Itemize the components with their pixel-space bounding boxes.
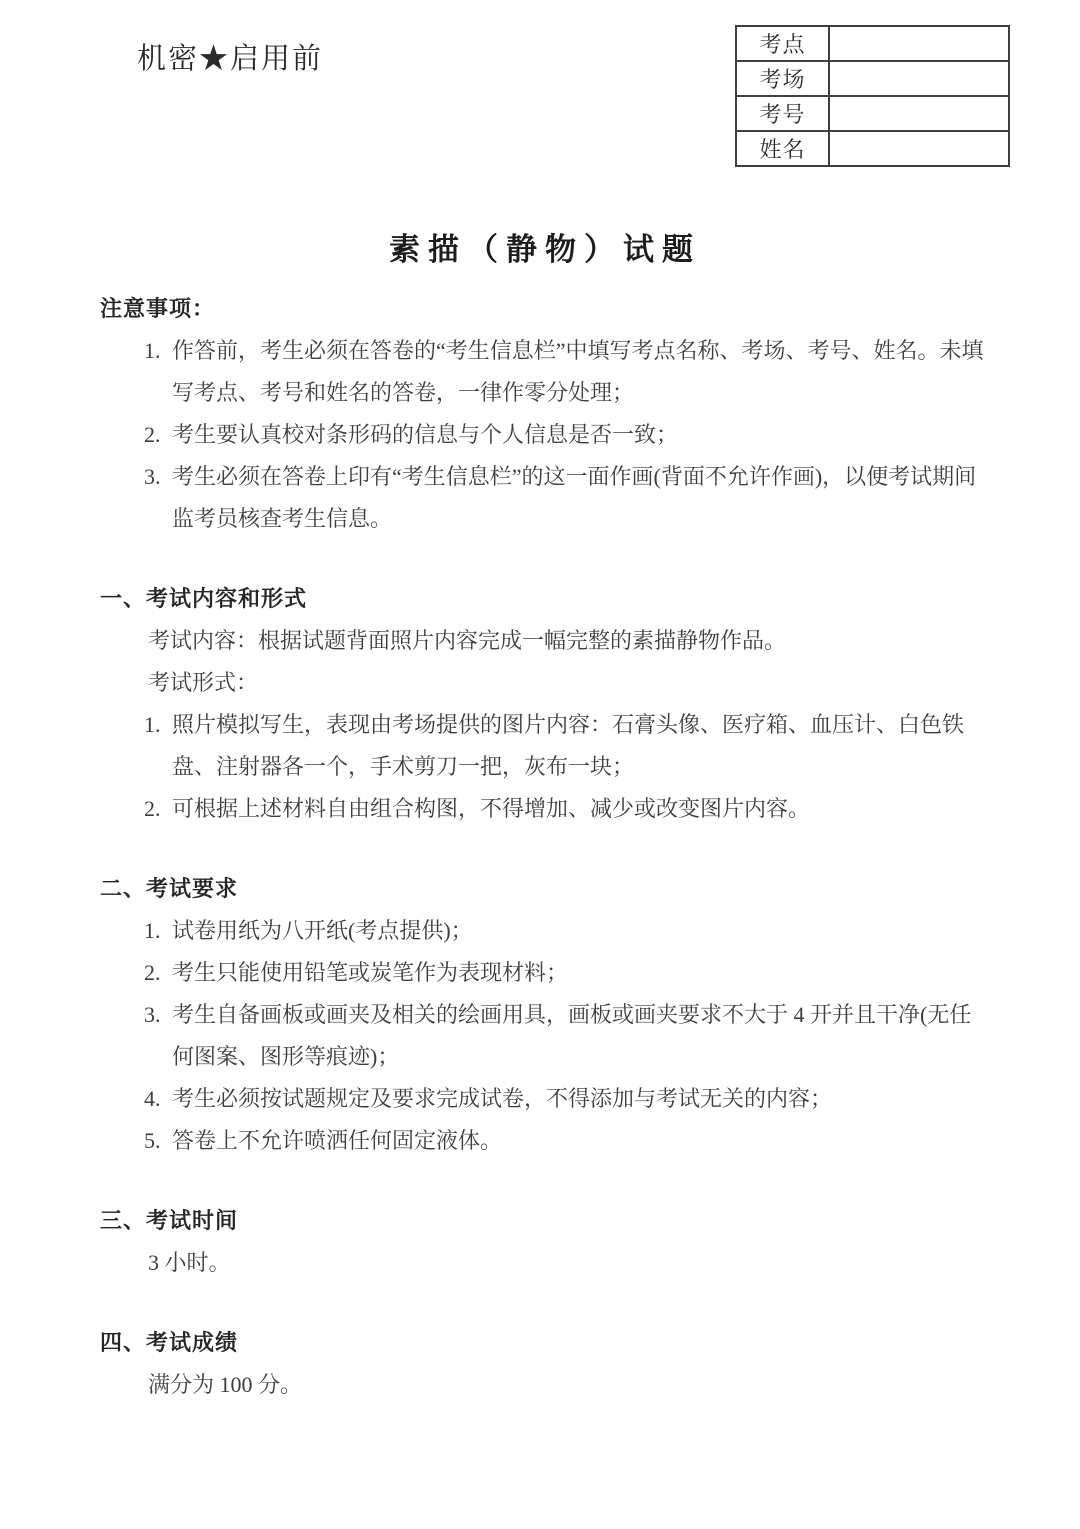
section-paragraph: 考试内容：根据试题背面照片内容完成一幅完整的素描静物作品。 [100,620,990,662]
section-item-4: 4. 考生必须按试题规定及要求完成试卷，不得添加与考试无关的内容； [100,1078,990,1120]
item-number: 2. [144,414,172,456]
section-heading: 二、考试要求 [100,868,990,910]
section-item-2: 2. 可根据上述材料自由组合构图，不得增加、减少或改变图片内容。 [100,788,990,830]
item-text: 可根据上述材料自由组合构图，不得增加、减少或改变图片内容。 [172,788,990,830]
section-heading: 三、考试时间 [100,1200,990,1242]
item-number: 1. [144,330,172,414]
section-heading: 四、考试成绩 [100,1322,990,1364]
section-paragraph: 3 小时。 [100,1242,990,1284]
exam-paper-page: 机密★启用前 考点 考场 考号 姓名 素描（静物）试题 注意事项： [0,0,1080,1529]
item-number: 3. [144,456,172,540]
section-exam-score: 四、考试成绩 满分为 100 分。 [100,1322,990,1406]
item-number: 2. [144,952,172,994]
section-exam-content-format: 一、考试内容和形式 考试内容：根据试题背面照片内容完成一幅完整的素描静物作品。 … [100,578,990,830]
item-number: 5. [144,1120,172,1162]
item-text: 答卷上不允许喷洒任何固定液体。 [172,1120,990,1162]
document-body: 素描（静物）试题 注意事项： 1. 作答前，考生必须在答卷的“考生信息栏”中填写… [100,0,990,1406]
item-text: 考生要认真校对条形码的信息与个人信息是否一致； [172,414,990,456]
notice-item-1: 1. 作答前，考生必须在答卷的“考生信息栏”中填写考点名称、考场、考号、姓名。未… [100,330,990,414]
section-heading: 一、考试内容和形式 [100,578,990,620]
item-number: 1. [144,704,172,788]
item-number: 2. [144,788,172,830]
item-text: 考生自备画板或画夹及相关的绘画用具，画板或画夹要求不大于 4 开并且干净(无任何… [172,994,990,1078]
item-text: 考生必须按试题规定及要求完成试卷，不得添加与考试无关的内容； [172,1078,990,1120]
section-item-3: 3. 考生自备画板或画夹及相关的绘画用具，画板或画夹要求不大于 4 开并且干净(… [100,994,990,1078]
item-text: 考生只能使用铅笔或炭笔作为表现材料； [172,952,990,994]
item-text: 作答前，考生必须在答卷的“考生信息栏”中填写考点名称、考场、考号、姓名。未填写考… [172,330,990,414]
item-text: 试卷用纸为八开纸(考点提供)； [172,910,990,952]
section-item-2: 2. 考生只能使用铅笔或炭笔作为表现材料； [100,952,990,994]
section-exam-time: 三、考试时间 3 小时。 [100,1200,990,1284]
page-title: 素描（静物）试题 [100,228,990,272]
notice-item-3: 3. 考生必须在答卷上印有“考生信息栏”的这一面作画(背面不允许作画)，以便考试… [100,456,990,540]
item-text: 照片模拟写生，表现由考场提供的图片内容：石膏头像、医疗箱、血压计、白色铁盘、注射… [172,704,990,788]
item-number: 1. [144,910,172,952]
section-paragraph: 考试形式： [100,662,990,704]
item-number: 4. [144,1078,172,1120]
item-number: 3. [144,994,172,1078]
section-item-1: 1. 试卷用纸为八开纸(考点提供)； [100,910,990,952]
section-item-1: 1. 照片模拟写生，表现由考场提供的图片内容：石膏头像、医疗箱、血压计、白色铁盘… [100,704,990,788]
notice-heading: 注意事项： [100,288,990,330]
notice-item-2: 2. 考生要认真校对条形码的信息与个人信息是否一致； [100,414,990,456]
section-paragraph: 满分为 100 分。 [100,1364,990,1406]
section-exam-requirements: 二、考试要求 1. 试卷用纸为八开纸(考点提供)； 2. 考生只能使用铅笔或炭笔… [100,868,990,1162]
section-item-5: 5. 答卷上不允许喷洒任何固定液体。 [100,1120,990,1162]
item-text: 考生必须在答卷上印有“考生信息栏”的这一面作画(背面不允许作画)，以便考试期间监… [172,456,990,540]
